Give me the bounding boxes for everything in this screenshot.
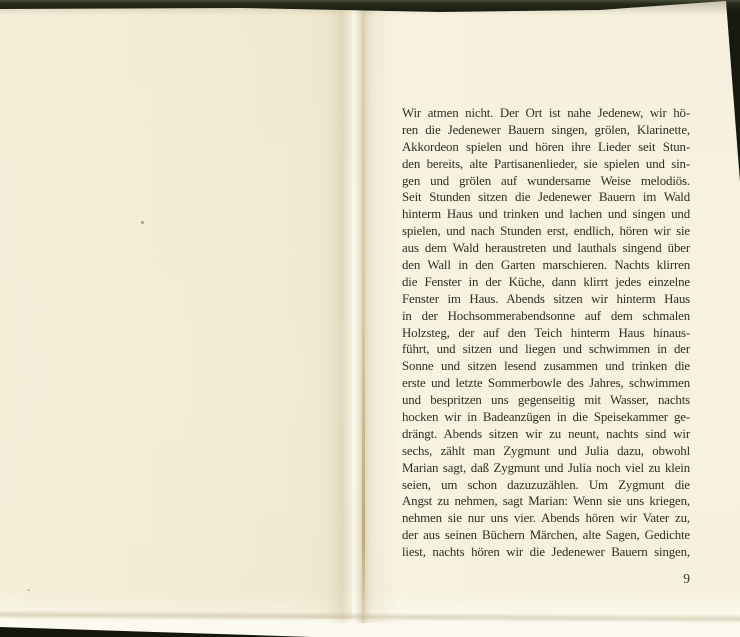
text-line: Akkordeon spielen und hören ihre Lieder … [402,139,690,156]
text-line: aus dem Wald heraustreten und lauthals s… [402,240,690,257]
text-line: den Wall in den Garten marschieren. Nach… [402,257,690,274]
text-line: der aus seinen Büchern Märchen, alte Sag… [402,527,690,544]
left-page-blank [0,9,352,619]
text-line: und bespritzen uns gegenseitig mit Wasse… [402,392,690,409]
text-line: sechs, zählt man Zygmunt und Julia dazu,… [402,443,690,460]
text-line: hocken wir in Badeanzügen in die Speisek… [402,409,690,426]
text-line: liest, nachts hören wir die Jedenewer Ba… [402,544,690,561]
book-spread: Wir atmen nicht. Der Ort ist nahe Jedene… [0,0,740,637]
book-gutter-crease [362,14,365,624]
text-line: ren die Jedenewer Bauern singen, grölen,… [402,122,690,139]
paper-speck [141,221,144,224]
text-line: Wir atmen nicht. Der Ort ist nahe Jedene… [402,105,690,122]
text-line: erste und letzte Sommerbowle des Jahres,… [402,375,690,392]
text-line: Fenster im Haus. Abends sitzen wir hinte… [402,291,690,308]
text-line: Angst zu nehmen, sagt Marian: Wenn sie u… [402,493,690,510]
text-line: nehmen sie nur uns vier. Abends hören wi… [402,510,690,527]
book-photo: Wir atmen nicht. Der Ort ist nahe Jedene… [0,0,740,637]
text-line: spielen, und nach Stunden erst, endlich,… [402,223,690,240]
text-line: Sonne und sitzen lesend zusammen und tri… [402,358,690,375]
text-line: hinterm Haus und trinken und lachen und … [402,206,690,223]
text-line: seien, um schon dazuzuzählen. Um Zygmunt… [402,477,690,494]
text-line: gen und grölen auf wundersame Weise melo… [402,173,690,190]
paper-speck [27,589,30,591]
text-line: die Fenster in der Küche, dann klirrt je… [402,274,690,291]
text-line: in der Hochsommerabendsonne auf dem schm… [402,308,690,325]
text-line: drängt. Abends sitzen wir zu neunt, nach… [402,426,690,443]
text-line: Holzsteg, der auf den Teich hinterm Haus… [402,325,690,342]
page-text: Wir atmen nicht. Der Ort ist nahe Jedene… [402,105,690,561]
text-line: führt, und sitzen und liegen und schwimm… [402,341,690,358]
text-line: den bereits, alte Partisanenlieder, sie … [402,156,690,173]
page-number: 9 [402,571,690,587]
text-line: Marian sagt, daß Zygmunt und Julia noch … [402,460,690,477]
text-line: Seit Stunden sitzen die Jedenewer Bauern… [402,189,690,206]
